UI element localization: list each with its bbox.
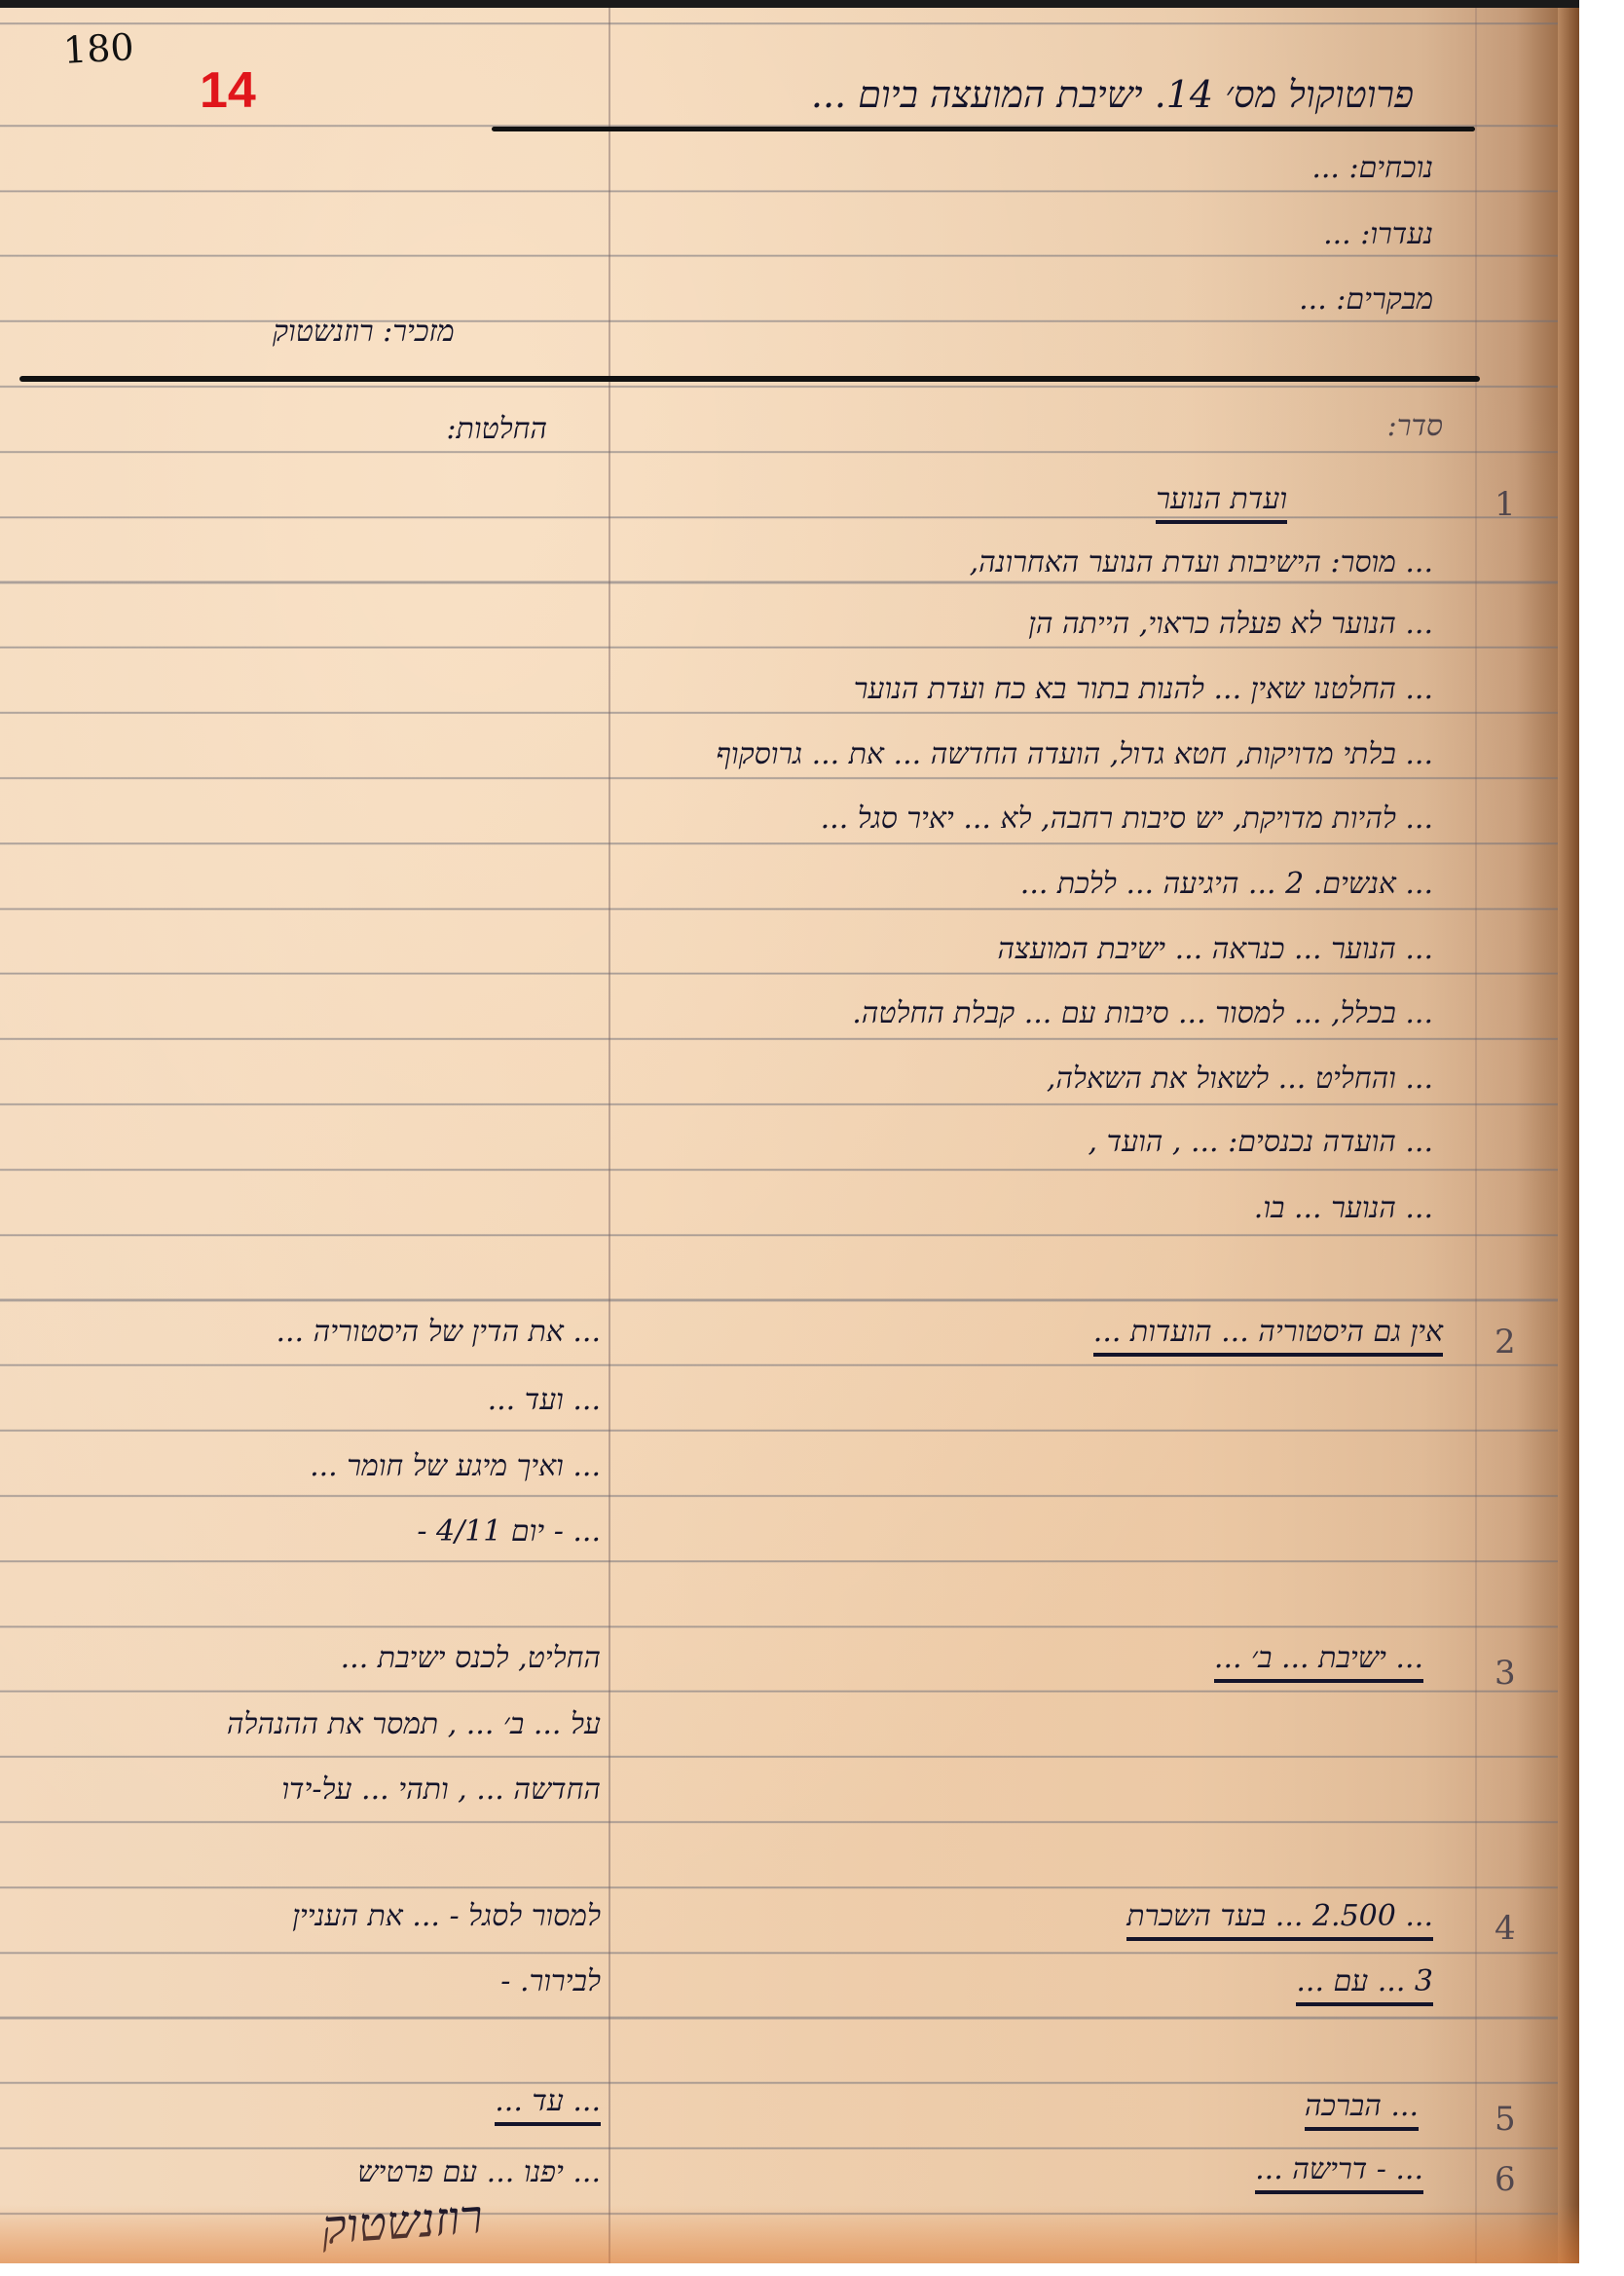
item-number: 1 — [1495, 485, 1516, 524]
item-body-line: ... להיות מדויקת, יש סיבות רחבה, לא ... … — [821, 804, 1433, 834]
present-line: נוכחים: ... — [1311, 154, 1433, 183]
decision-line: ... את הדין של היסטוריה ... — [276, 1318, 601, 1347]
item-heading: ... ישיבת ... ב׳ ... — [1214, 1644, 1423, 1683]
decision-heading: ... עד ... — [495, 2087, 601, 2126]
item-body-line: ... בכלל, ... למסור ... סיבות עם ... קבל… — [852, 999, 1433, 1028]
title-underline — [492, 127, 1475, 131]
decision-line: ... ואיך מיגע של חומר ... — [310, 1452, 601, 1481]
archive-number: 180 — [62, 25, 135, 72]
document-page: 180 14 פרוטוקול מס׳ 14. ישיבת המועצה ביו… — [0, 0, 1579, 2263]
decision-line: למסור לסגל - ... את העניין — [292, 1902, 601, 1931]
item-heading: ועדת הנוער — [1156, 485, 1287, 524]
header-separator — [19, 376, 1480, 382]
item-body-line: ... מוסר: הישיבות ועדת הנוער האחרונה, — [970, 548, 1433, 578]
signature: רוזנשטוק — [320, 2193, 485, 2251]
item-heading: אין גם היסטוריה ... הועדות ... — [1093, 1318, 1443, 1357]
item-body-line: ... הנוער ... בו. — [1254, 1194, 1433, 1223]
item-body-line: ... אנשים. 2 ... היגיעה ... ללכת ... — [1020, 870, 1433, 899]
page-label: 14 — [200, 61, 256, 120]
decision-line: לבירור. - — [500, 1967, 601, 1996]
item-heading-line2: 3 ... עם ... — [1296, 1967, 1433, 2006]
secretary-line: מזכיר: רוזנשטוק — [273, 317, 455, 347]
decisions-heading: החלטות: — [446, 415, 547, 444]
decision-line: ... יפנו ... עם פרטיש — [357, 2158, 601, 2187]
visitors-line: מבקרים: ... — [1299, 285, 1433, 315]
decision-line: החליט, לכנס ישיבת ... — [341, 1644, 601, 1673]
item-body-line: ... החלטנו שאין ... להנות בתור בא כח ועד… — [854, 675, 1433, 704]
item-body-line: ... והחליט ... לשאול את השאלה, — [1047, 1064, 1433, 1094]
agenda-heading: סדר: — [1387, 412, 1443, 441]
item-number: 2 — [1495, 1323, 1516, 1362]
item-number: 4 — [1495, 1909, 1516, 1948]
item-heading: ... 2.500 ... בעד השכרת — [1126, 1902, 1433, 1941]
item-heading: ... - דרישה ... — [1255, 2155, 1423, 2194]
item-body-line: ... הנוער לא פעלה כראוי, הייתה הן — [1028, 610, 1433, 639]
right-margin-line — [1475, 8, 1477, 2263]
item-number: 3 — [1495, 1654, 1516, 1693]
item-body-line: ... הנוער ... כנראה ... ישיבת המועצה — [997, 935, 1433, 964]
item-body-line: ... הועדה נכנסים: ... , הועד , — [1089, 1128, 1433, 1157]
decision-line: ... - יום 4/11 - — [417, 1517, 601, 1547]
decision-line: החדשה ... , ותהי ... על-ידו — [281, 1775, 601, 1805]
absent-line: נעדרו: ... — [1323, 220, 1433, 249]
column-divider — [609, 8, 610, 2263]
item-body-line: ... בלתי מדויקות, חטא גדול, הועדה החדשה … — [716, 740, 1433, 769]
binding-edge — [1558, 8, 1579, 2263]
protocol-title: פרוטוקול מס׳ 14. ישיבת המועצה ביום ... — [811, 76, 1414, 113]
item-number: 5 — [1495, 2100, 1516, 2139]
item-heading: ... הברכה — [1305, 2092, 1419, 2131]
decision-line: על ... ב׳ ... , תמסר את ההנהלה — [227, 1710, 601, 1739]
item-number: 6 — [1495, 2160, 1516, 2199]
decision-line: ... ועד ... — [488, 1386, 601, 1415]
